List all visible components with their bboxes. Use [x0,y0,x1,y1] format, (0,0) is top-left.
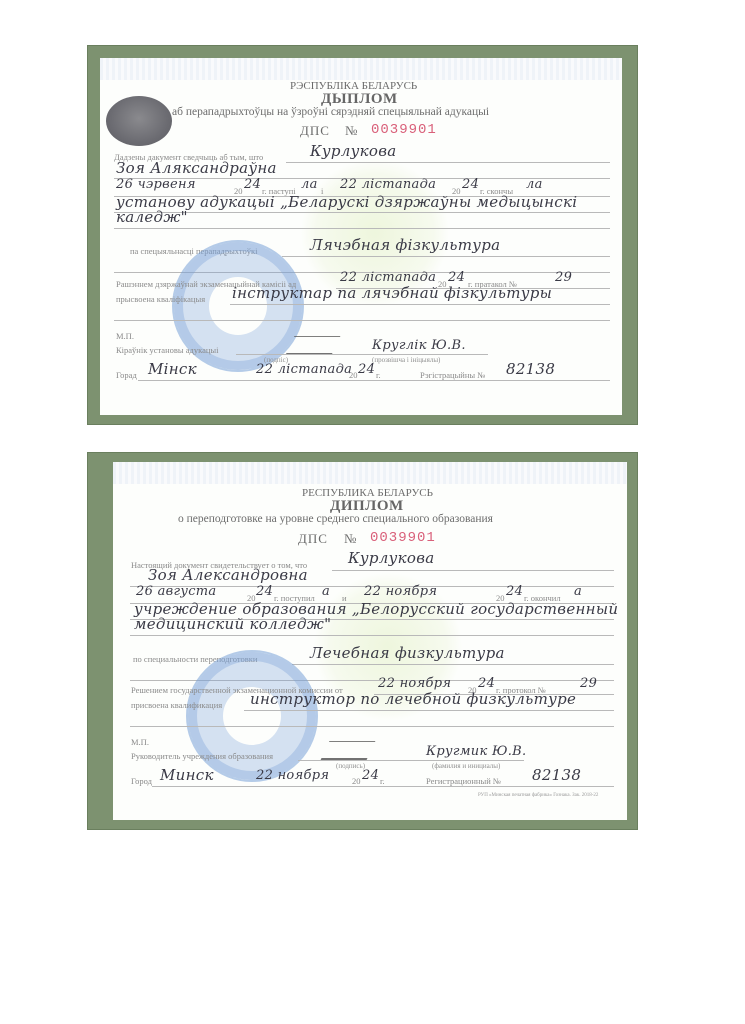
city-label: Город [131,776,152,786]
start-date: 26 августа [136,584,216,599]
city: Минск [160,766,214,784]
line [152,786,614,787]
signature [286,336,341,355]
series-label: ДПС [300,123,330,139]
line [114,320,610,321]
line [286,162,610,163]
start-date: 26 чэрвеня [116,177,196,192]
specialty: Лечебная физкультура [310,644,505,662]
finished-ending: а [574,584,582,599]
city: Мінск [148,360,197,378]
line [114,212,610,213]
seal-label: М.П. [131,737,149,747]
finished-ending: ла [526,177,543,192]
line [244,710,614,711]
enrolled-ending: ла [301,177,318,192]
qualification-label: прысвоена кваліфікацыя [116,294,205,304]
given-names: Зоя Аляксандраўна [116,159,277,177]
seal-label: М.П. [116,331,134,341]
line [332,570,614,571]
redacted-photo-spot [106,96,172,146]
end-year: 24 [462,177,479,192]
issue-year: 24 [358,362,375,377]
head-label: Кіраўнік установы адукацыі [116,345,218,355]
protocol-number: 29 [580,676,597,691]
line [114,228,610,229]
commission-date: 22 ноября [378,676,451,691]
qualification-label: присвоена квалификация [131,700,222,710]
document-subtitle: аб перападрыхтоўцы на ўзроўні сярэдняй с… [172,106,489,118]
number-sign: № [345,123,358,139]
city-label: Горад [116,370,137,380]
year-suffix: г. [380,776,385,786]
surname: Курлукова [310,142,397,160]
name-caption: (фамилия и инициалы) [432,762,500,770]
issue-date: 22 ноября [256,768,329,783]
reg-number: 82138 [532,766,581,784]
start-year: 24 [244,177,261,192]
end-year: 24 [506,584,523,599]
diploma-number: 0039901 [371,122,437,138]
reg-number: 82138 [506,360,555,378]
year-prefix: 20 [349,370,358,380]
line [130,726,614,727]
institution-line-2: медицинский колледж" [134,615,331,633]
institution-line-2: каледж" [116,208,188,226]
qualification: инструктор по лечебной физкультуре [250,690,576,708]
qualification: інструктар па лячэбнай фізкультуры [232,284,552,302]
commission-date: 22 лістапада [340,270,436,285]
surname: Курлукова [348,549,435,567]
official-stamp [186,650,318,782]
given-names: Зоя Александровна [148,566,308,584]
commission-year: 24 [448,270,465,285]
commission-year: 24 [478,676,495,691]
number-sign: № [344,531,357,547]
line [298,760,524,761]
start-year: 24 [256,584,273,599]
line [130,635,614,636]
reg-label: Рэгістрацыйны № [420,370,485,380]
head-name: Кругмик Ю.В. [426,744,526,759]
end-date: 22 ноября [364,584,437,599]
line [292,664,614,665]
issue-date: 22 лістапада [256,362,352,377]
year-prefix: 20 [352,776,361,786]
line [230,304,610,305]
head-label: Руководитель учреждения образования [131,751,273,761]
end-date: 22 лістапада [340,177,436,192]
line [282,256,610,257]
head-name: Круглік Ю.В. [372,338,466,353]
issue-year: 24 [362,768,379,783]
series-label: ДПС [298,531,328,547]
line [138,380,610,381]
diploma-number: 0039901 [370,530,436,546]
document-subtitle: о переподготовке на уровне среднего спец… [178,513,493,525]
line [236,354,488,355]
year-suffix: г. [376,370,381,380]
protocol-number: 29 [555,270,572,285]
printer-note: РУП «Минская печатная фабрика» Гознака. … [478,793,598,798]
name-caption: (прозвішча і ініцыялы) [372,356,440,364]
signature [321,741,376,760]
signature-caption: (подпись) [336,762,365,770]
enrolled-ending: а [322,584,330,599]
specialty: Лячэбная фізкультура [310,236,500,254]
reg-label: Регистрационный № [426,776,501,786]
